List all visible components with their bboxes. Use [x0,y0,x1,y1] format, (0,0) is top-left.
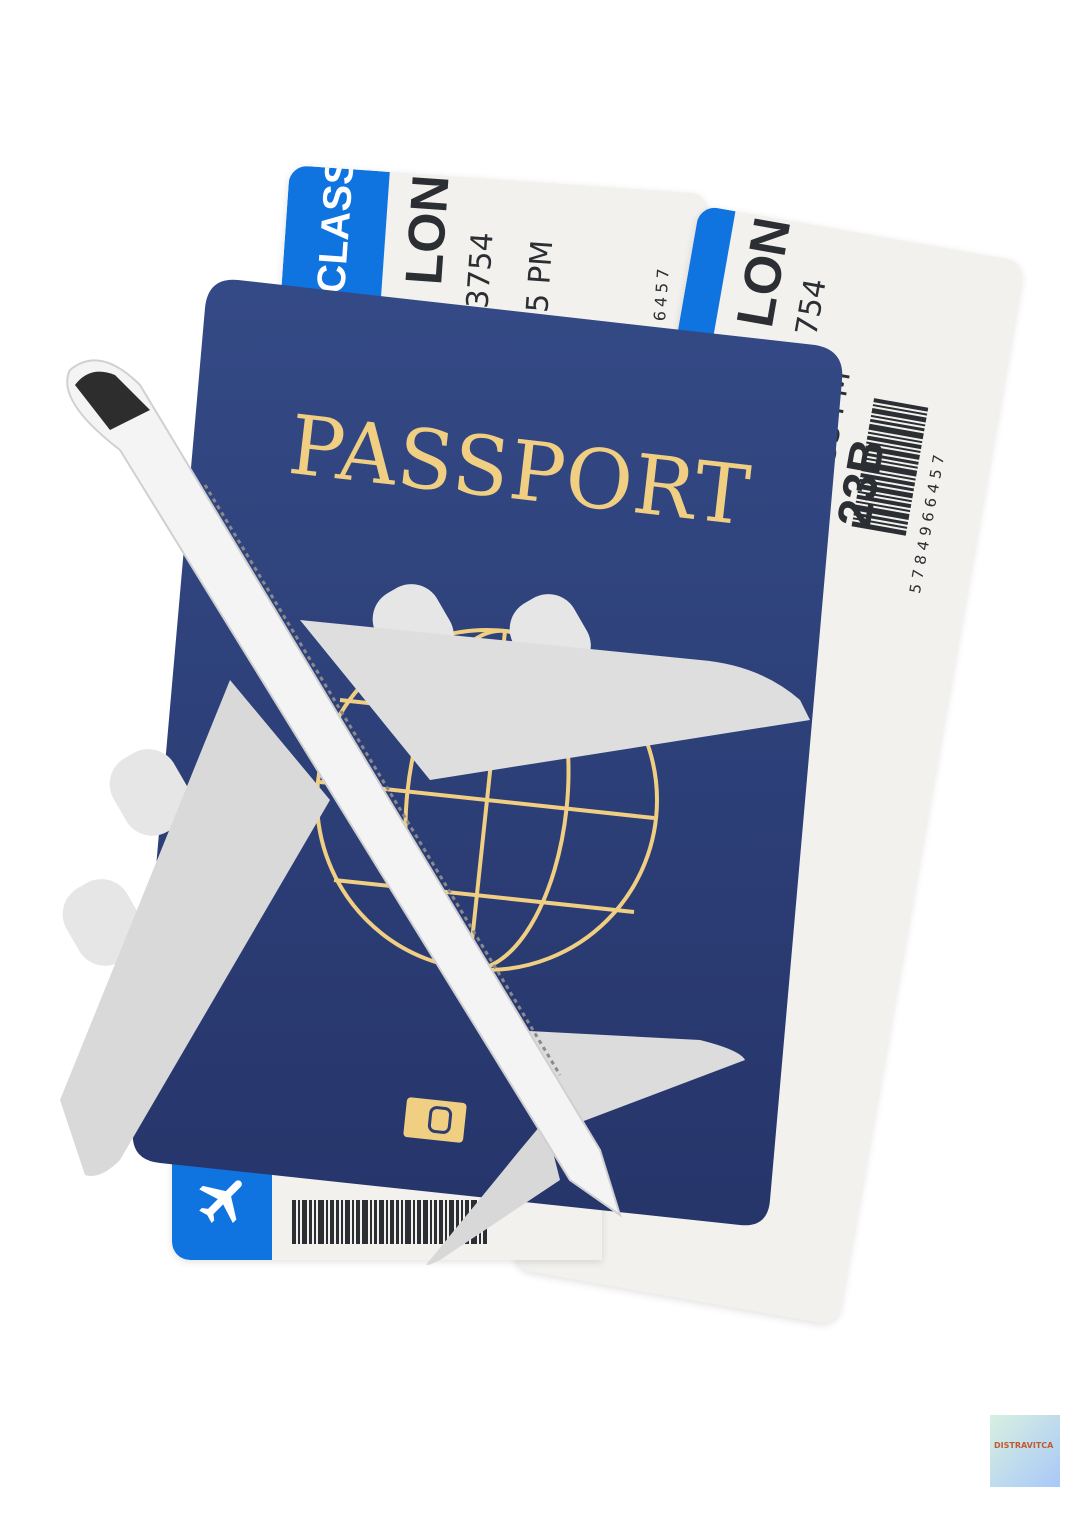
watermark-logo: DISTRAVITCA [990,1415,1060,1487]
watermark-letters: DISTRAVITCA [994,1441,1053,1450]
airplane-icon [52,360,810,1265]
airplane-illustration [0,0,1080,1528]
